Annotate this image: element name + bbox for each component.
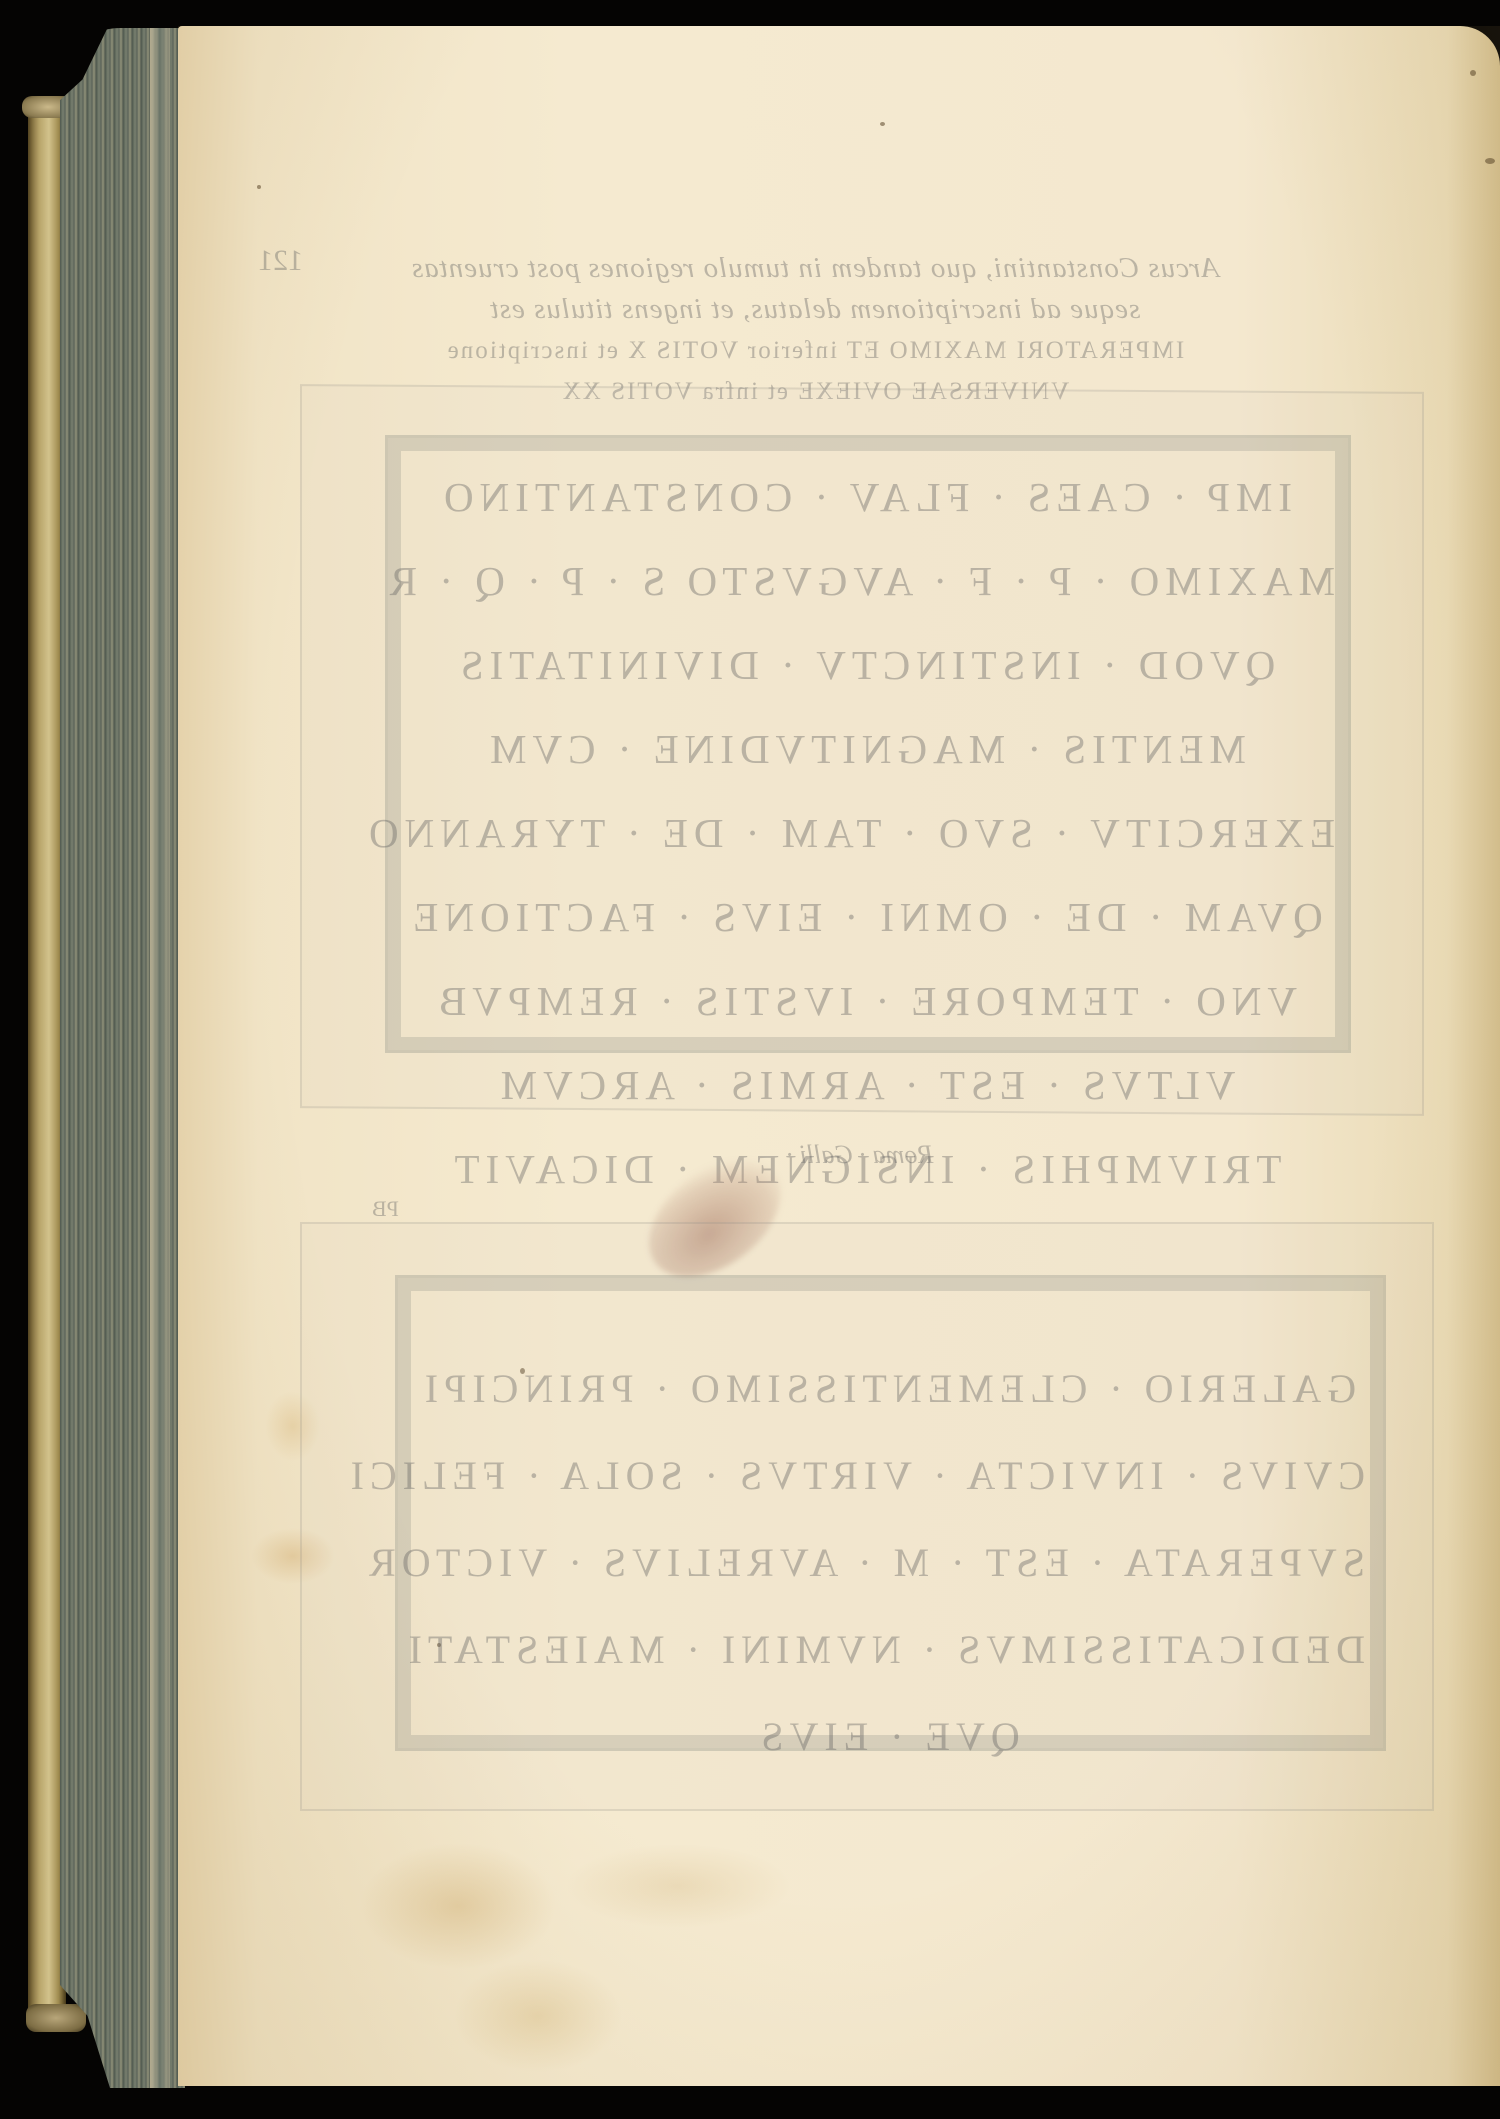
inscription-1: IMP · CAES · FLAV · CONSTANTINO MAXIMO ·… [395, 455, 1335, 1211]
inscription-line: IMP · CAES · FLAV · CONSTANTINO [395, 455, 1335, 539]
inscription-line: GALERIO · CLEMENTISSIMO · PRINCIPI [410, 1345, 1365, 1432]
foxing-spot [1470, 70, 1476, 76]
foxing-spot [257, 185, 261, 189]
side-marker: PB [372, 1196, 399, 1222]
inscription-line: DEDICATISSIMVS · NVMINI · MAIESTATI [410, 1606, 1365, 1693]
foxing-spot [880, 122, 885, 126]
header-line: Arcus Constantini, quo tandem in tumulo … [300, 248, 1330, 289]
foxing-spot [1485, 158, 1495, 164]
book-scan: 121 Arcus Constantini, quo tandem in tum… [0, 0, 1500, 2119]
page-number: 121 [258, 244, 303, 278]
page-edge-highlight [150, 28, 170, 2088]
mid-caption: Roma · Galli · [560, 1140, 1160, 1170]
header-line: seque ad inscriptionem delatus, et ingen… [300, 289, 1330, 330]
inscription-line: VNO · TEMPORE · IVSTIS · REMPVB [395, 959, 1335, 1043]
inscription-line: VLTVS · EST · ARMIS · ARCVM [395, 1043, 1335, 1127]
inscription-line: QVE · EIVS [410, 1693, 1365, 1780]
inscription-line: CVIVS · INVICTA · VIRTVS · SOLA · FELICI [410, 1432, 1365, 1519]
inscription-2: GALERIO · CLEMENTISSIMO · PRINCIPI CVIVS… [410, 1345, 1365, 1780]
spine-tailcap [26, 2004, 86, 2032]
inscription-line: QVAM · DE · OMNI · EIVS · FACTIONE [395, 875, 1335, 959]
header-line: IMPERATORI MAXIMO ET inferior VOTIS X et… [300, 330, 1330, 371]
inscription-line: MENTIS · MAGNITVDINE · CVM [395, 707, 1335, 791]
inscription-line: SVPERATA · EST · M · AVRELIVS · VICTOR [410, 1519, 1365, 1606]
inscription-line: MAXIMO · P · F · AVGVSTO S · P · Q · R [395, 539, 1335, 623]
inscription-line: QVOD · INSTINCTV · DIVINITATIS [395, 623, 1335, 707]
inscription-line: EXERCITV · SVO · TAM · DE · TYRANNO [395, 791, 1335, 875]
